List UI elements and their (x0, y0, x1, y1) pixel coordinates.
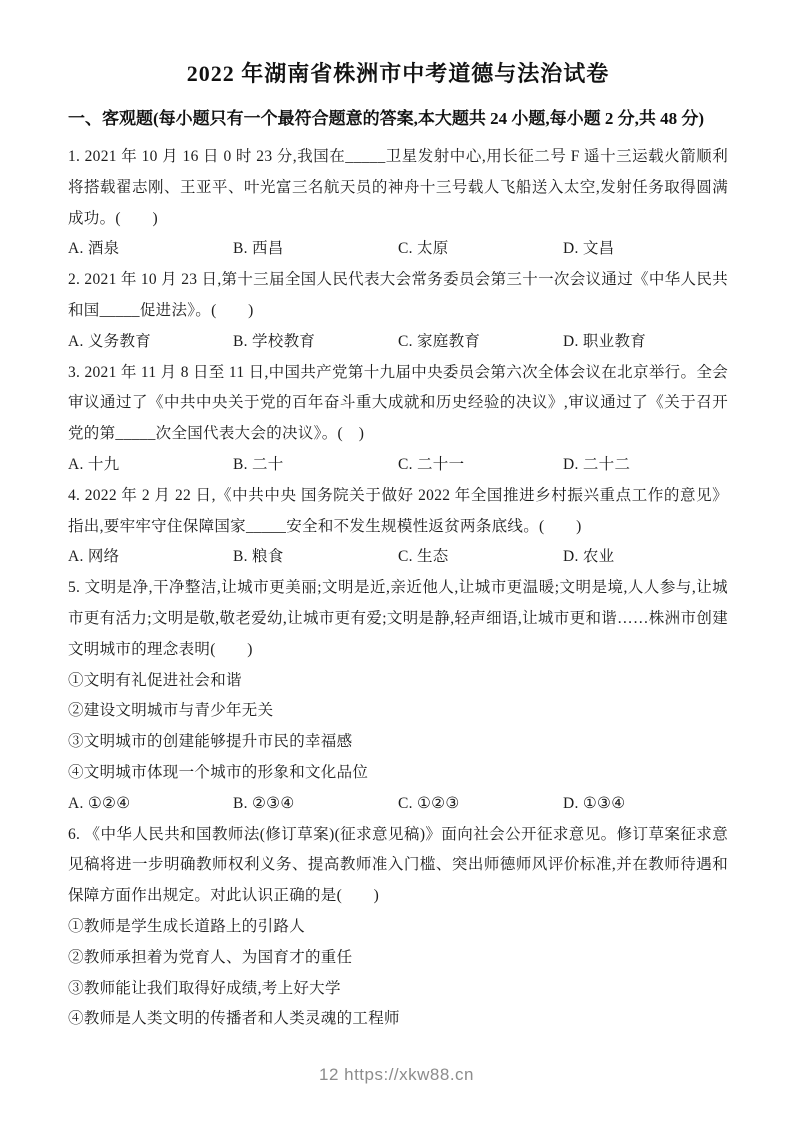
option-B: B. 二十 (233, 450, 398, 481)
page-content: 2022 年湖南省株洲市中考道德与法治试卷 一、客观题(每小题只有一个最符合题意… (68, 0, 728, 1035)
option-C: C. 太原 (398, 234, 563, 265)
question-options-row: A. 义务教育B. 学校教育C. 家庭教育D. 职业教育 (68, 327, 728, 358)
option-B: B. 西昌 (233, 234, 398, 265)
option-A: A. ①②④ (68, 789, 233, 820)
question-subitems: ①文明有礼促进社会和谐②建设文明城市与青少年无关③文明城市的创建能够提升市民的幸… (68, 666, 728, 789)
question-subitem: ①文明有礼促进社会和谐 (68, 666, 728, 697)
option-A: A. 酒泉 (68, 234, 233, 265)
question-options-row: A. ①②④B. ②③④C. ①②③D. ①③④ (68, 789, 728, 820)
option-D: D. 文昌 (563, 234, 728, 265)
option-B: B. 学校教育 (233, 327, 398, 358)
question-subitems: ①教师是学生成长道路上的引路人②教师承担着为党育人、为国育才的重任③教师能让我们… (68, 912, 728, 1035)
question-stem: 5. 文明是净,干净整洁,让城市更美丽;文明是近,亲近他人,让城市更温暖;文明是… (68, 573, 728, 665)
option-A: A. 网络 (68, 542, 233, 573)
question-subitem: ②建设文明城市与青少年无关 (68, 696, 728, 727)
option-B: B. ②③④ (233, 789, 398, 820)
question-block: 3. 2021 年 11 月 8 日至 11 日,中国共产党第十九届中央委员会第… (68, 358, 728, 481)
question-subitem: ③文明城市的创建能够提升市民的幸福感 (68, 727, 728, 758)
option-C: C. 二十一 (398, 450, 563, 481)
question-list: 1. 2021 年 10 月 16 日 0 时 23 分,我国在_____卫星发… (68, 142, 728, 1035)
question-stem: 2. 2021 年 10 月 23 日,第十三届全国人民代表大会常务委员会第三十… (68, 265, 728, 327)
question-block: 6. 《中华人民共和国教师法(修订草案)(征求意见稿)》面向社会公开征求意见。修… (68, 820, 728, 1036)
question-options-row: A. 酒泉B. 西昌C. 太原D. 文昌 (68, 234, 728, 265)
question-stem: 6. 《中华人民共和国教师法(修订草案)(征求意见稿)》面向社会公开征求意见。修… (68, 820, 728, 912)
question-options-row: A. 十九B. 二十C. 二十一D. 二十二 (68, 450, 728, 481)
question-subitem: ①教师是学生成长道路上的引路人 (68, 912, 728, 943)
question-block: 1. 2021 年 10 月 16 日 0 时 23 分,我国在_____卫星发… (68, 142, 728, 265)
section-header: 一、客观题(每小题只有一个最符合题意的答案,本大题共 24 小题,每小题 2 分… (68, 103, 728, 135)
question-subitem: ④教师是人类文明的传播者和人类灵魂的工程师 (68, 1004, 728, 1035)
option-A: A. 十九 (68, 450, 233, 481)
exam-paper-page: 2022 年湖南省株洲市中考道德与法治试卷 一、客观题(每小题只有一个最符合题意… (0, 0, 793, 1122)
question-subitem: ④文明城市体现一个城市的形象和文化品位 (68, 758, 728, 789)
option-D: D. 农业 (563, 542, 728, 573)
option-C: C. ①②③ (398, 789, 563, 820)
question-options-row: A. 网络B. 粮食C. 生态D. 农业 (68, 542, 728, 573)
question-block: 5. 文明是净,干净整洁,让城市更美丽;文明是近,亲近他人,让城市更温暖;文明是… (68, 573, 728, 819)
question-subitem: ②教师承担着为党育人、为国育才的重任 (68, 943, 728, 974)
page-footer: 12 https://xkw88.cn (0, 1063, 793, 1087)
question-block: 2. 2021 年 10 月 23 日,第十三届全国人民代表大会常务委员会第三十… (68, 265, 728, 357)
option-C: C. 家庭教育 (398, 327, 563, 358)
option-D: D. ①③④ (563, 789, 728, 820)
question-stem: 1. 2021 年 10 月 16 日 0 时 23 分,我国在_____卫星发… (68, 142, 728, 234)
option-D: D. 二十二 (563, 450, 728, 481)
option-B: B. 粮食 (233, 542, 398, 573)
option-C: C. 生态 (398, 542, 563, 573)
option-A: A. 义务教育 (68, 327, 233, 358)
option-D: D. 职业教育 (563, 327, 728, 358)
page-title: 2022 年湖南省株洲市中考道德与法治试卷 (68, 58, 728, 90)
question-subitem: ③教师能让我们取得好成绩,考上好大学 (68, 974, 728, 1005)
question-stem: 4. 2022 年 2 月 22 日,《中共中央 国务院关于做好 2022 年全… (68, 481, 728, 543)
question-block: 4. 2022 年 2 月 22 日,《中共中央 国务院关于做好 2022 年全… (68, 481, 728, 573)
question-stem: 3. 2021 年 11 月 8 日至 11 日,中国共产党第十九届中央委员会第… (68, 358, 728, 450)
